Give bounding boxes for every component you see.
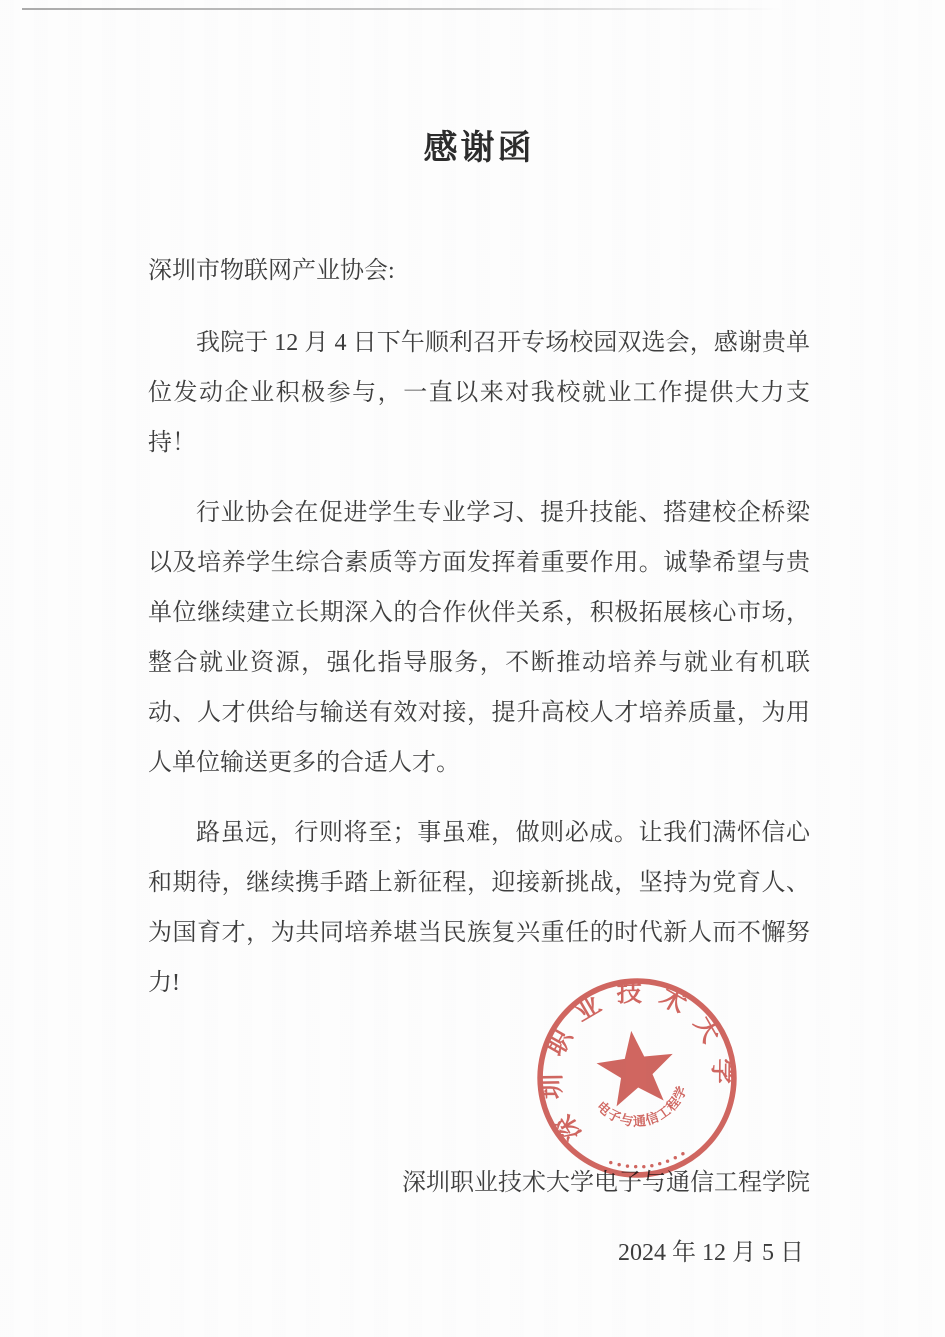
letter-body: 我院于 12 月 4 日下午顺利召开专场校园双选会，感谢贵单位发动企业积极参与，… xyxy=(148,318,810,1008)
letter-title: 感谢函 xyxy=(148,0,810,174)
signature: 深圳职业技术大学电子与通信工程学院 xyxy=(148,1158,810,1208)
paragraph: 我院于 12 月 4 日下午顺利召开专场校园双选会，感谢贵单位发动企业积极参与，… xyxy=(148,318,810,468)
closing-block: 深圳职业技术大学电子与通信工程学院 2024 年 12 月 5 日 xyxy=(148,1158,810,1278)
salutation: 深圳市物联网产业协会: xyxy=(148,254,810,288)
paragraph: 路虽远，行则将至；事虽难，做则必成。让我们满怀信心和期待，继续携手踏上新征程，迎… xyxy=(148,808,810,1008)
letter-page: 感谢函 深圳市物联网产业协会: 我院于 12 月 4 日下午顺利召开专场校园双选… xyxy=(0,0,945,1337)
paragraph: 行业协会在促进学生专业学习、提升技能、搭建校企桥梁以及培养学生综合素质等方面发挥… xyxy=(148,488,810,788)
date: 2024 年 12 月 5 日 xyxy=(148,1228,810,1278)
letter-content: 感谢函 深圳市物联网产业协会: 我院于 12 月 4 日下午顺利召开专场校园双选… xyxy=(148,0,810,1278)
